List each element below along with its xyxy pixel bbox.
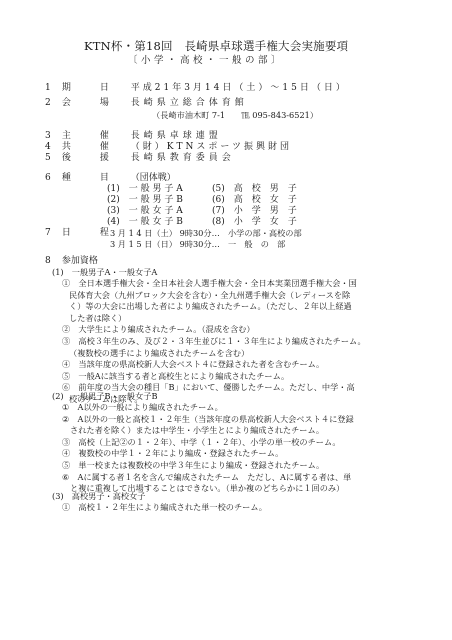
events-right-list: (5) 高 校 男 子 (6) 高 校 女 子 (7) 小 学 男 子 (8) … (212, 184, 297, 228)
eligibility-group-2-list: ① A以外の一般により編成されたチーム。 ② A以外の一般と高校１・２年生（当該… (62, 402, 354, 495)
event-item: (7) 小 学 男 子 (212, 206, 297, 217)
section-4-co-organizer: 4 共催 （財）KTNスポーツ振興財団 (45, 142, 292, 153)
schedule-item: 3 月 1 5 日（日） 9時30分… 一 般 の 部 (110, 239, 302, 250)
section-label: 催 (100, 131, 128, 142)
section-8-eligibility: 8 参加資格 (45, 256, 98, 267)
section-value: 長崎県立総合体育館 (131, 98, 248, 108)
schedule-item: 3 月 1 4 日（土） 9時30分… 小学の部・高校の部 (110, 228, 302, 239)
section-label: 種 (62, 173, 100, 184)
section-num: 1 (45, 83, 59, 94)
eligibility-line: ② A以外の一般と高校１・２年生（当該年度の県高校新人大会ベスト４に登録 (62, 414, 354, 426)
section-3-organizer: 3 主催 長崎県卓球連盟 (45, 131, 222, 142)
eligibility-line: ① 全日本選手権大会・全日本社会人選手権大会・全日本実業団選手権大会・国 (62, 278, 366, 290)
eligibility-line: 民体育大会（九州ブロック大会を含む）・全九州選手権大会（レディースを除 (62, 290, 366, 302)
events-left-list: (1) 一 般 男 子 A (2) 一 般 男 子 B (3) 一 般 女 子 … (107, 184, 183, 228)
eligibility-group-3-heading: (3) 高校男子・高校女子 (52, 491, 145, 502)
eligibility-line: ① 高校１・２年生により編成された単一校のチーム。 (62, 502, 267, 514)
event-item: (1) 一 般 男 子 A (107, 184, 183, 195)
section-value: 長崎県卓球連盟 (131, 131, 222, 141)
section-label: 場 (100, 98, 128, 109)
section-num: 5 (45, 153, 59, 164)
section-label: 参加資格 (62, 256, 98, 266)
eligibility-line: ② 大学生により編成されたチーム。（混成を含む） (62, 324, 366, 336)
event-item: (3) 一 般 女 子 A (107, 206, 183, 217)
section-label: 主 (62, 131, 100, 142)
section-num: 4 (45, 142, 59, 153)
section-value: （団体戦） (131, 173, 176, 183)
eligibility-line: ⑥ Aに属する者１名を含んで編成されたチーム ただし、Aに属する者は、単 (62, 472, 354, 484)
section-2-venue: 2 会場 長崎県立総合体育館 (45, 98, 248, 109)
venue-address: （長崎市油木町 7-1 ℡ 095-843-6521） (152, 110, 318, 121)
section-value: 長崎県教育委員会 (131, 153, 235, 163)
eligibility-line: ① A以外の一般により編成されたチーム。 (62, 402, 354, 414)
event-item: (2) 一 般 男 子 B (107, 195, 183, 206)
event-item: (5) 高 校 男 子 (212, 184, 297, 195)
eligibility-group-1-heading: (1) 一般男子A・一般女子A (52, 267, 157, 278)
schedule-list: 3 月 1 4 日（土） 9時30分… 小学の部・高校の部 3 月 1 5 日（… (110, 228, 302, 250)
section-label: 催 (100, 142, 128, 153)
section-6-events: 6 種目 （団体戦） (45, 173, 176, 184)
section-label: 会 (62, 98, 100, 109)
section-num: 2 (45, 98, 59, 109)
eligibility-line: （複数校の選手により編成されたチームを含む） (62, 348, 366, 360)
section-label: 援 (100, 153, 128, 164)
section-label: 日 (100, 83, 128, 94)
section-num: 3 (45, 131, 59, 142)
document-subtitle: 〔小学・高校・一般の部〕 (128, 52, 284, 66)
section-label: 後 (62, 153, 100, 164)
eligibility-group-2-heading: (2) 一般男子B・一般女子B (52, 391, 158, 402)
section-num: 6 (45, 173, 59, 184)
eligibility-group-1-list: ① 全日本選手権大会・全日本社会人選手権大会・全日本実業団選手権大会・国 民体育… (62, 278, 366, 406)
eligibility-line: ⑤ 一般Aに該当する者と高校生とにより編成されたチーム。 (62, 371, 366, 383)
section-5-supporter: 5 後援 長崎県教育委員会 (45, 153, 235, 164)
eligibility-line: した者は除く） (62, 313, 366, 325)
event-item: (4) 一 般 女 子 B (107, 217, 183, 228)
section-label: 期 (62, 83, 100, 94)
section-1-date: 1 期日 平成21年3月14日（土）〜15日（日） (45, 83, 348, 94)
eligibility-line: された者を除く）または中学生・小学生とにより編成されたチーム。 (62, 425, 354, 437)
eligibility-line: ⑤ 単一校または複数校の中学３年生により編成・登録されたチーム。 (62, 460, 354, 472)
eligibility-line: ④ 当該年度の県高校新人大会ベスト４に登録された者を含むチーム。 (62, 359, 366, 371)
section-num: 7 (45, 228, 59, 239)
section-label: 日 (62, 228, 100, 239)
section-label: 目 (100, 173, 128, 184)
section-value: （財）KTNスポーツ振興財団 (131, 142, 292, 152)
event-item: (6) 高 校 女 子 (212, 195, 297, 206)
eligibility-group-3-list: ① 高校１・２年生により編成された単一校のチーム。 (62, 502, 267, 514)
event-item: (8) 小 学 女 子 (212, 217, 297, 228)
eligibility-line: ③ 高校３年生のみ、及び２・３年生並びに１・３年生により編成されたチーム。 (62, 336, 366, 348)
section-value: 平成21年3月14日（土）〜15日（日） (131, 83, 348, 93)
eligibility-line: く）等の大会に出場した者により編成されたチーム。（ただし、２年以上経過 (62, 301, 366, 313)
eligibility-line: ④ 複数校の中学１・２年により編成・登録されたチーム。 (62, 448, 354, 460)
section-label: 共 (62, 142, 100, 153)
eligibility-line: ③ 高校（上記②の１・２年）、中学（１・２年）、小学の単一校のチーム。 (62, 437, 354, 449)
section-num: 8 (45, 256, 59, 267)
